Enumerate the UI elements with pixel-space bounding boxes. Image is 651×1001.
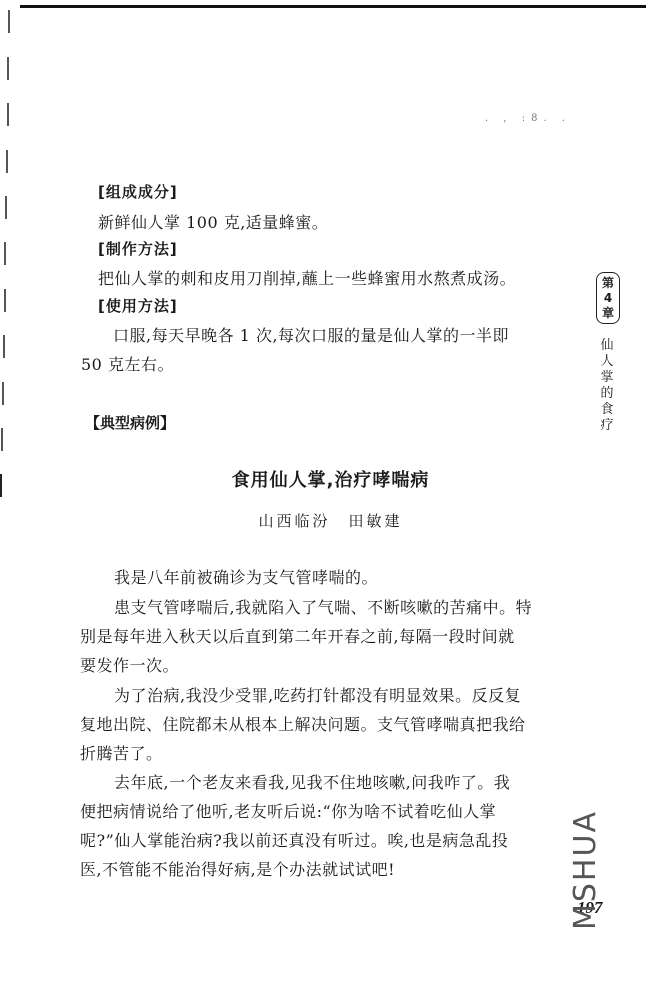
ingredients-text: 新鲜仙人掌 100 克,适量蜂蜜。 [98,210,328,233]
chapter-title-vertical: 仙人掌的食疗 [599,338,615,434]
article-paragraph-line: 为了治病,我没少受罪,吃药打针都没有明显效果。反反复 [114,683,521,706]
binding-mark [2,382,4,405]
chapter-tab-prefix: 第 [597,276,619,291]
usage-label: [使用方法] [98,295,178,316]
binding-mark [5,196,7,219]
article-paragraph-line: 患支气管哮喘后,我就陷入了气喘、不断咳嗽的苦痛中。特 [114,595,532,618]
article-paragraph-line: 复地出院、住院都未从根本上解决问题。支气管哮喘真把我给 [80,712,526,735]
article-paragraph-line: 去年底,一个老友来看我,见我不住地咳嗽,问我咋了。我 [114,770,510,793]
binding-mark [6,150,8,173]
article-paragraph-line: 别是每年进入秋天以后直到第二年开春之前,每隔一段时间就 [80,624,515,647]
chapter-tab-number: 4 [597,291,619,306]
binding-mark [3,335,5,358]
ingredients-label: [组成成分] [98,181,178,202]
binding-mark [7,103,9,126]
binding-mark [1,428,3,451]
article-paragraph-line: 要发作一次。 [80,653,179,676]
usage-text-line: 口服,每天早晚各 1 次,每次口服的量是仙人掌的一半即 [113,323,509,346]
binding-mark [8,10,10,33]
article-paragraph-line: 呢?”仙人掌能治病?我以前还真没有听过。唉,也是病急乱投 [80,828,508,851]
chapter-tab: 第 4 章 [596,272,620,324]
article-paragraph-line: 医,不管能不能治得好病,是个办法就试试吧! [80,857,395,880]
chapter-tab-suffix: 章 [597,306,619,321]
top-border-rule [20,5,646,8]
article-paragraph-line: 便把病情说给了他听,老友听后说:“你为啥不试着吃仙人掌 [80,799,496,822]
article-title: 食用仙人掌,治疗哮喘病 [0,466,651,492]
article-author: 山西临汾 田敏建 [0,510,651,531]
typical-case-heading: 【典型病例】 [85,412,175,433]
article-paragraph-line: 我是八年前被确诊为支气管哮喘的。 [114,565,378,588]
binding-mark [4,242,6,265]
binding-mark [7,57,9,80]
article-paragraph-line: 折腾苦了。 [80,741,163,764]
watermark: MSHUA [568,800,603,930]
preparation-label: [制作方法] [98,238,178,259]
preparation-text: 把仙人掌的刺和皮用刀削掉,蘸上一些蜂蜜用水熬煮成汤。 [98,266,516,289]
binding-mark [4,289,6,312]
usage-text-line: 50 克左右。 [81,352,174,375]
scan-artifact: . , :8. . [485,113,571,124]
